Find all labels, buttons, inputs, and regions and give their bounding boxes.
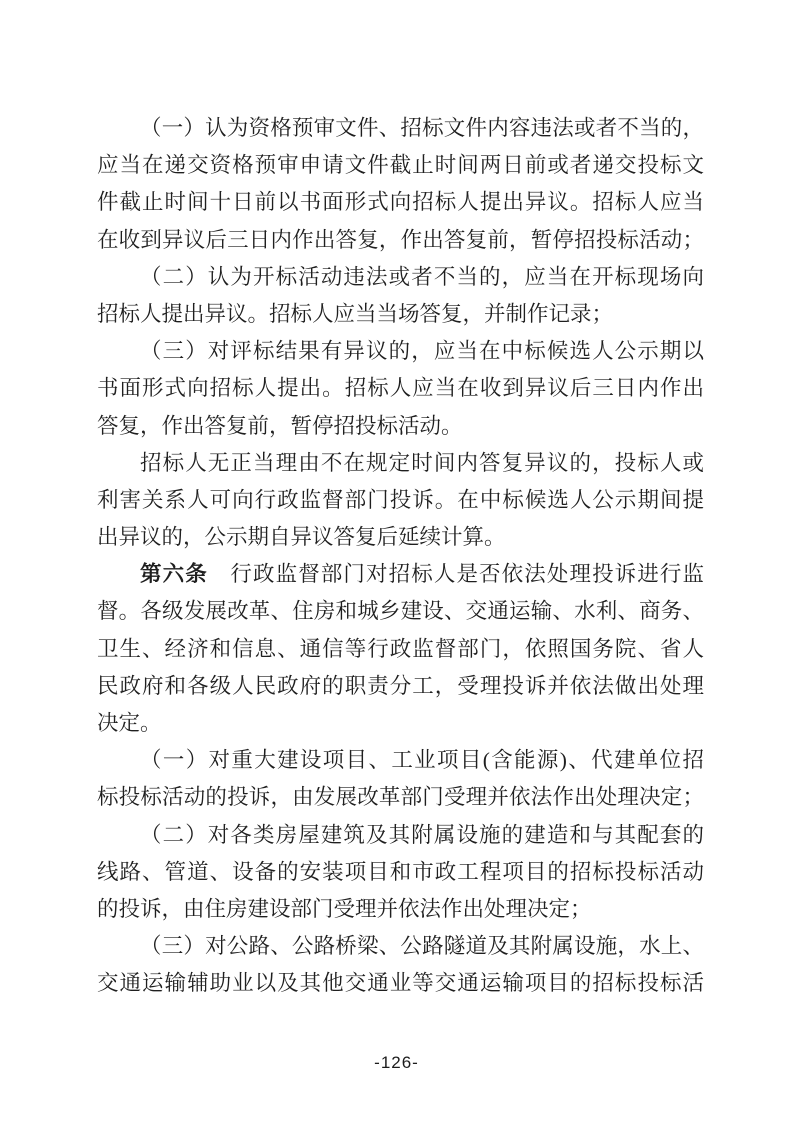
text-line: 招标人提出异议。招标人应当当场答复，并制作记录； xyxy=(97,296,704,333)
text-line: 招标人无正当理由不在规定时间内答复异议的，投标人或 xyxy=(97,445,704,482)
text-line: 决定。 xyxy=(97,705,704,742)
text-line: （一）对重大建设项目、工业项目(含能源)、代建单位招 xyxy=(97,742,704,779)
text-line: 答复，作出答复前，暂停招投标活动。 xyxy=(97,408,704,445)
text-line: 的投诉，由住房建设部门受理并依法作出处理决定； xyxy=(97,891,704,928)
text-line: 督。各级发展改革、住房和城乡建设、交通运输、水利、商务、 xyxy=(97,593,704,630)
text-line: 书面形式向招标人提出。招标人应当在收到异议后三日内作出 xyxy=(97,370,704,407)
text-line: 交通运输辅助业以及其他交通业等交通运输项目的招标投标活 xyxy=(97,965,704,1002)
text-line: 应当在递交资格预审申请文件截止时间两日前或者递交投标文 xyxy=(97,147,704,184)
text-line: 民政府和各级人民政府的职责分工，受理投诉并依法做出处理 xyxy=(97,668,704,705)
text-line: 第六条行政监督部门对招标人是否依法处理投诉进行监 xyxy=(97,556,704,593)
text-line: （二）对各类房屋建筑及其附属设施的建造和与其配套的 xyxy=(97,817,704,854)
text-line: （三）对评标结果有异议的，应当在中标候选人公示期以 xyxy=(97,333,704,370)
page-number: -126- xyxy=(0,1053,793,1073)
line-text: 行政监督部门对招标人是否依法处理投诉进行监 xyxy=(229,562,704,586)
text-line: 件截止时间十日前以书面形式向招标人提出异议。招标人应当 xyxy=(97,184,704,221)
document-body: （一）认为资格预审文件、招标文件内容违法或者不当的，应当在递交资格预审申请文件截… xyxy=(97,110,704,1003)
article-number-label: 第六条 xyxy=(140,562,208,586)
text-line: 在收到异议后三日内作出答复，作出答复前，暂停招投标活动； xyxy=(97,222,704,259)
text-line: 出异议的，公示期自异议答复后延续计算。 xyxy=(97,519,704,556)
text-line: 线路、管道、设备的安装项目和市政工程项目的招标投标活动 xyxy=(97,854,704,891)
text-line: （三）对公路、公路桥梁、公路隧道及其附属设施，水上、 xyxy=(97,928,704,965)
text-line: （二）认为开标活动违法或者不当的，应当在开标现场向 xyxy=(97,259,704,296)
text-line: 利害关系人可向行政监督部门投诉。在中标候选人公示期间提 xyxy=(97,482,704,519)
text-line: （一）认为资格预审文件、招标文件内容违法或者不当的， xyxy=(97,110,704,147)
document-page: （一）认为资格预审文件、招标文件内容违法或者不当的，应当在递交资格预审申请文件截… xyxy=(0,0,793,1122)
text-line: 标投标活动的投诉，由发展改革部门受理并依法作出处理决定； xyxy=(97,779,704,816)
text-line: 卫生、经济和信息、通信等行政监督部门，依照国务院、省人 xyxy=(97,631,704,668)
